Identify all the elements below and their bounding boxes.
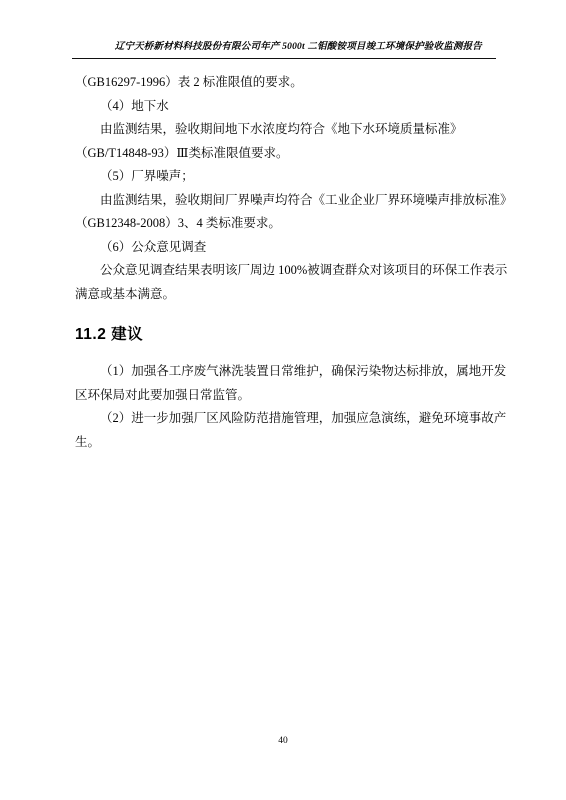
text-line: （2）进一步加强厂区风险防范措施管理，加强应急演练，避免环境事故产 [75,407,490,431]
document-body: （GB16297-1996）表 2 标准限值的要求。 （4）地下水 由监测结果，… [75,71,490,454]
text-line: 由监测结果，验收期间地下水浓度均符合《地下水环境质量标准》 [75,118,490,142]
text-line: 由监测结果，验收期间厂界噪声均符合《工业企业厂界环境噪声排放标准》 [75,189,490,213]
section-heading-11-2: 11.2 建议 [75,323,490,347]
text-line: （GB/T14848-93）Ⅲ类标准限值要求。 [75,142,490,166]
text-line: 满意或基本满意。 [75,283,490,307]
text-line: （4）地下水 [75,95,490,119]
running-header: 辽宁天桥新材料科技股份有限公司年产 5000t 二钼酸铵项目竣工环境保护验收监测… [72,36,496,59]
text-line: （GB16297-1996）表 2 标准限值的要求。 [75,71,490,95]
page-number: 40 [278,736,288,746]
page-footer: 40 [0,736,566,746]
text-line: （5）厂界噪声； [75,165,490,189]
running-header-title: 辽宁天桥新材料科技股份有限公司年产 5000t 二钼酸铵项目竣工环境保护验收监测… [115,38,496,52]
text-line: 公众意见调查结果表明该厂周边 100%被调查群众对该项目的环保工作表示 [75,259,490,283]
text-line: 生。 [75,431,490,455]
text-line: 区环保局对此要加强日常监管。 [75,384,490,408]
text-line: （1）加强各工序废气淋洗装置日常维护，确保污染物达标排放，属地开发 [75,360,490,384]
text-line: （GB12348-2008）3、4 类标准要求。 [75,212,490,236]
text-line: （6）公众意见调查 [75,236,490,260]
document-page: 辽宁天桥新材料科技股份有限公司年产 5000t 二钼酸铵项目竣工环境保护验收监测… [0,0,566,800]
